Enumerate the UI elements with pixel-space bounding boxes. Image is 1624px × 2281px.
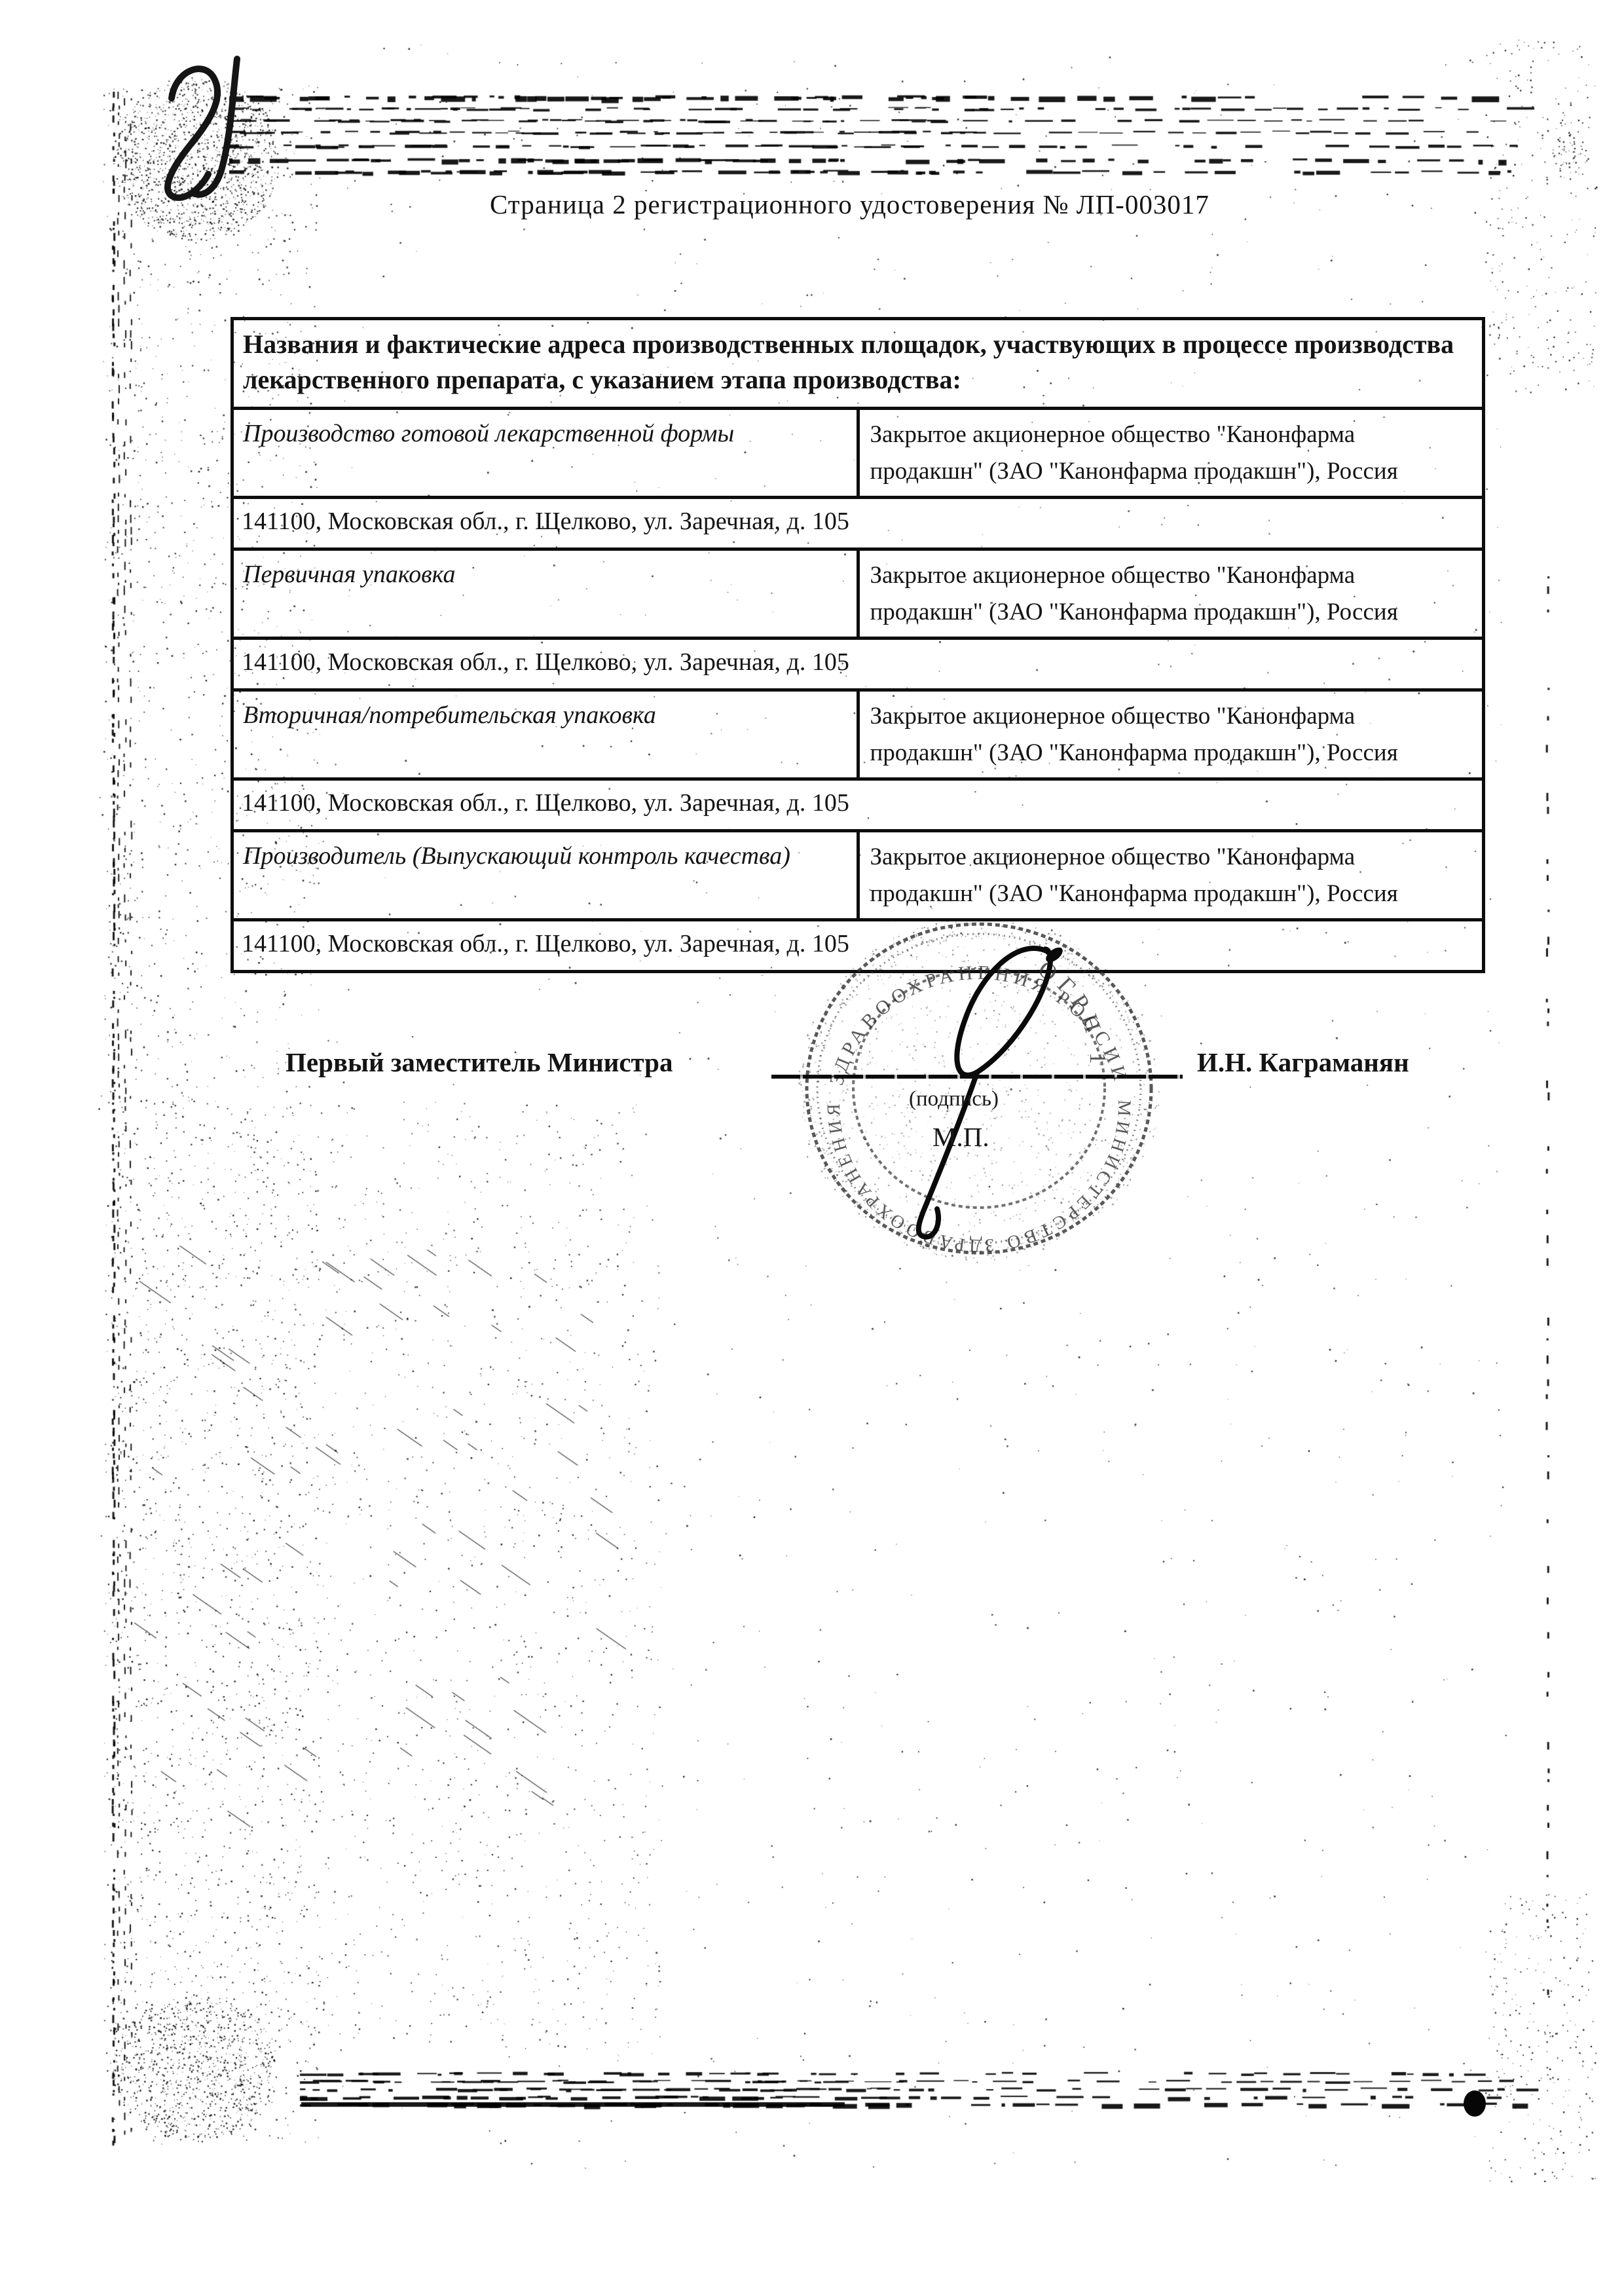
table-row: Первичная упаковка Закрытое акционерное … — [232, 549, 1484, 639]
signatory-name: И.Н. Каграманян — [1197, 1047, 1409, 1078]
table-row: Вторичная/потребительская упаковка Закры… — [232, 690, 1484, 779]
address-cell: 141100, Московская обл., г. Щелково, ул.… — [232, 639, 1484, 690]
table-row: 141100, Московская обл., г. Щелково, ул.… — [232, 779, 1484, 831]
signature-caption: (подпись) — [909, 1087, 999, 1111]
table-title-row: Названия и фактические адреса производст… — [232, 319, 1484, 409]
certificate-page: Страница 2 регистрационного удостоверени… — [0, 0, 1624, 2281]
signature-line — [771, 1075, 1183, 1079]
table-row: Производство готовой лекарственной формы… — [232, 409, 1484, 498]
seal-mark: М.П. — [932, 1121, 989, 1153]
stage-cell: Первичная упаковка — [232, 549, 858, 639]
company-cell: Закрытое акционерное общество "Канонфарм… — [858, 690, 1484, 779]
address-cell: 141100, Московская обл., г. Щелково, ул.… — [232, 920, 1484, 972]
signatory-title: Первый заместитель Министра — [286, 1047, 673, 1078]
table-row: Производитель (Выпускающий контроль каче… — [232, 831, 1484, 920]
stage-cell: Производитель (Выпускающий контроль каче… — [232, 831, 858, 920]
stage-cell: Вторичная/потребительская упаковка — [232, 690, 858, 779]
company-cell: Закрытое акционерное общество "Канонфарм… — [858, 831, 1484, 920]
address-cell: 141100, Московская обл., г. Щелково, ул.… — [232, 498, 1484, 549]
stage-cell: Производство готовой лекарственной формы — [232, 409, 858, 498]
production-sites-table: Названия и фактические адреса производст… — [231, 317, 1485, 973]
table-row: 141100, Московская обл., г. Щелково, ул.… — [232, 920, 1484, 972]
page-header: Страница 2 регистрационного удостоверени… — [490, 189, 1209, 220]
table-title: Названия и фактические адреса производст… — [232, 319, 1484, 409]
company-cell: Закрытое акционерное общество "Канонфарм… — [858, 549, 1484, 639]
company-cell: Закрытое акционерное общество "Канонфарм… — [858, 409, 1484, 498]
table-row: 141100, Московская обл., г. Щелково, ул.… — [232, 639, 1484, 690]
address-cell: 141100, Московская обл., г. Щелково, ул.… — [232, 779, 1484, 831]
table-row: 141100, Московская обл., г. Щелково, ул.… — [232, 498, 1484, 549]
